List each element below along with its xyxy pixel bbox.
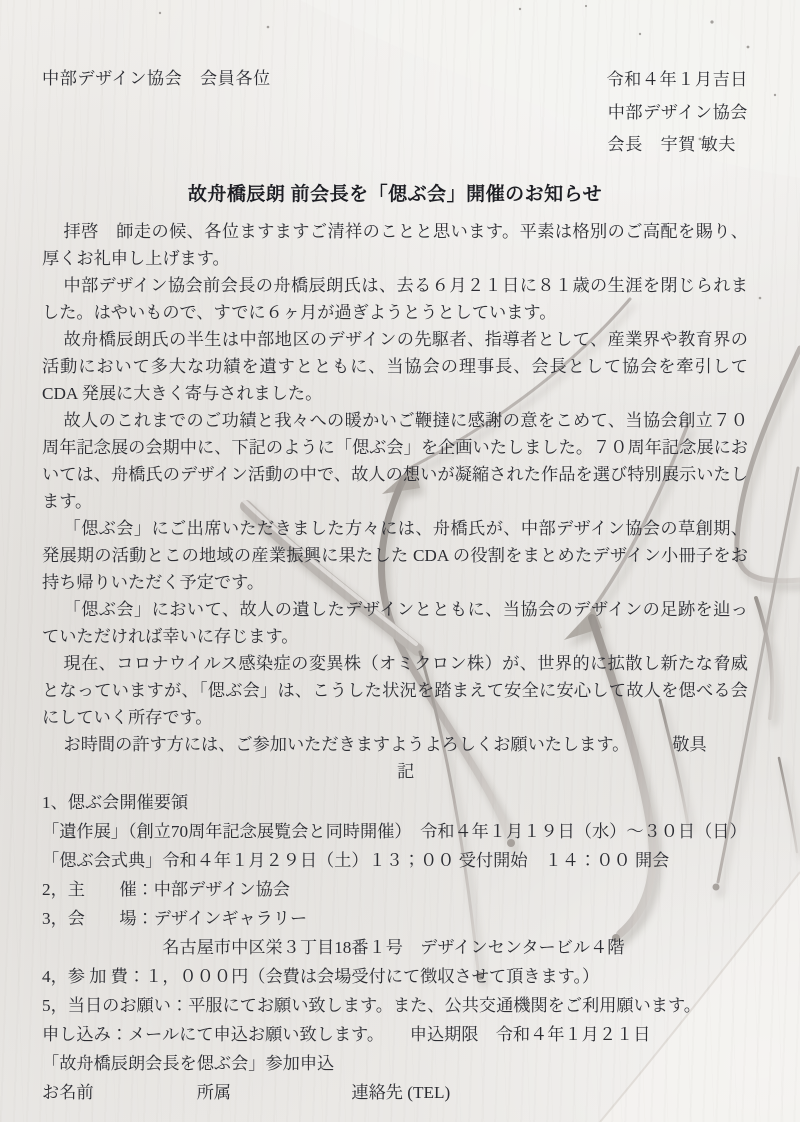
- body-paragraph: 「偲ぶ会」において、故人の遺したデザインとともに、当協会のデザインの足跡を辿って…: [42, 596, 748, 650]
- detail-line-organizer: 2，主 催：中部デザイン協会: [42, 875, 748, 904]
- letter-title: 故舟橋辰朗 前会長を「偲ぶ会」開催のお知らせ: [42, 181, 748, 208]
- detail-line-day-notes: 5，当日のお願い：平服にてお願い致します。また、公共交通機関をご利用願います。: [42, 991, 748, 1020]
- record-separator: 記: [42, 758, 748, 785]
- detail-line-venue: 3，会 場：デザインギャラリー: [42, 904, 748, 933]
- detail-line-address: 名古屋市中区栄３丁目18番１号 デザインセンタービル４階: [42, 933, 748, 962]
- letter-body: 拝啓 師走の候、各位ますますご清祥のことと思います。平素は格別のご高配を賜り、厚…: [42, 218, 748, 785]
- recipient-line: 中部デザイン協会 会員各位: [42, 64, 271, 94]
- detail-line-application: 申し込み：メールにて申込お願い致します。 申込期限 令和４年１月２１日: [42, 1020, 748, 1049]
- letter-header: 中部デザイン協会 会員各位 令和４年１月吉日 中部デザイン協会 会長 宇賀 敏夫: [42, 64, 748, 162]
- sender-org-line: 中部デザイン協会: [606, 97, 748, 130]
- detail-line-ceremony: 「偲ぶ会式典」令和４年１月２９日（土）１３；００ 受付開始 １４：００ 開会: [42, 846, 748, 875]
- body-paragraph: 故舟橋辰朗氏の半生は中部地区のデザインの先駆者、指導者として、産業界や教育界の活…: [42, 326, 748, 407]
- event-details: 1、偲ぶ会開催要領 「遺作展」（創立70周年記念展覧会と同時開催） 令和４年１月…: [42, 788, 748, 1107]
- body-paragraph: 現在、コロナウイルス感染症の変異株（オミクロン株）が、世界的に拡散し新たな脅威と…: [42, 650, 748, 731]
- detail-line-fee: 4，参 加 費：１，０００円（会費は会場受付にて徴収させて頂きます。）: [42, 962, 748, 991]
- letter-page: 中部デザイン協会 会員各位 令和４年１月吉日 中部デザイン協会 会長 宇賀 敏夫…: [0, 0, 800, 1122]
- date-line: 令和４年１月吉日: [606, 64, 748, 97]
- body-paragraph: 故人のこれまでのご功績と我々への暖かいご鞭撻に感謝の意をこめて、当協会創立７０周…: [42, 407, 748, 515]
- sender-name-line: 会長 宇賀 敏夫: [606, 129, 748, 162]
- detail-line-application-fields: お名前 所属 連絡先 (TEL): [42, 1078, 748, 1107]
- sender-block: 令和４年１月吉日 中部デザイン協会 会長 宇賀 敏夫: [606, 64, 748, 162]
- body-paragraph: 拝啓 師走の候、各位ますますご清祥のことと思います。平素は格別のご高配を賜り、厚…: [42, 218, 748, 272]
- detail-line-outline-heading: 1、偲ぶ会開催要領: [42, 788, 748, 817]
- detail-line-application-title: 「故舟橋辰朗会長を偲ぶ会」参加申込: [42, 1049, 748, 1078]
- detail-line-exhibition: 「遺作展」（創立70周年記念展覧会と同時開催） 令和４年１月１９日（水）～３０日…: [42, 817, 748, 846]
- body-paragraph: 中部デザイン協会前会長の舟橋辰朗氏は、去る６月２１日に８１歳の生涯を閉じられまし…: [42, 272, 748, 326]
- body-paragraph: 「偲ぶ会」にご出席いただきました方々には、舟橋氏が、中部デザイン協会の草創期、発…: [42, 515, 748, 596]
- body-paragraph-closing: お時間の許す方には、ご参加いただきますようよろしくお願いたします。 敬具: [42, 731, 748, 758]
- letter-content: 中部デザイン協会 会員各位 令和４年１月吉日 中部デザイン協会 会長 宇賀 敏夫…: [42, 64, 748, 1107]
